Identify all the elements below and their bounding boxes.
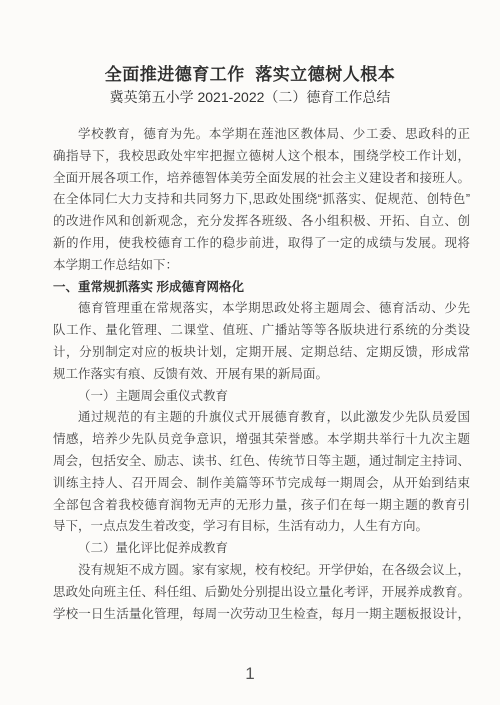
document-subtitle: 冀英第五小学 2021-2022（二）德育工作总结	[0, 87, 500, 107]
sub-heading: （二）量化评比促养成教育	[53, 538, 470, 560]
body-line: 确指导下，我校思政处牢牢把握立德树人这个根本，围绕学校工作计划，	[53, 146, 470, 168]
sub-heading: （一）主题周会重仪式教育	[53, 386, 470, 408]
body-line: 情感，培养少先队员竞争意识，增强其荣誉感。本学期共举行十九次主题	[53, 429, 470, 451]
body-line: 没有规矩不成方圆。家有家规，校有校纪。开学伊始，在各级会议上，	[53, 560, 470, 582]
body-line: 全面开展各项工作，培养德智体美劳全面发展的社会主义建设者和接班人。	[53, 168, 470, 190]
body-line: 本学期工作总结如下：	[53, 255, 470, 277]
body-line: 学校教育，德育为先。本学期在莲池区教体局、少工委、思政科的正	[53, 124, 470, 146]
body-line: 德育管理重在常规落实，本学期思政处将主题周会、德育活动、少先	[53, 298, 470, 320]
body-line: 通过规范的有主题的升旗仪式开展德育教育，以此激发少先队员爱国	[53, 407, 470, 429]
body-line: 新的作用，使我校德育工作的稳步前进，取得了一定的成绩与发展。现将	[53, 233, 470, 255]
body-line: 学校一日生活量化管理，每周一次劳动卫生检查，每月一期主题板报设计，	[53, 604, 470, 626]
body-line: 规工作落实有痕、反馈有效、开展有果的新局面。	[53, 364, 470, 386]
body-line: 队工作、量化管理、二课堂、值班、广播站等等各版块进行系统的分类设	[53, 320, 470, 342]
document-title: 全面推进德育工作 落实立德树人根本	[0, 60, 500, 85]
body-line: 思政处向班主任、科任组、后勤处分别提出设立量化考评，开展养成教育。	[53, 582, 470, 604]
document-page: 全面推进德育工作 落实立德树人根本 冀英第五小学 2021-2022（二）德育工…	[0, 0, 500, 705]
page-number: 1	[0, 664, 500, 684]
body-line: 计，分别制定对应的板块计划，定期开展、定期总结、定期反馈，形成常	[53, 342, 470, 364]
section-heading: 一、重常规抓落实 形成德育网格化	[53, 277, 470, 299]
body-line: 全部包含着我校德育润物无声的无形力量，孩子们在每一期主题的教育引	[53, 495, 470, 517]
body-line: 的改进作风和创新观念，充分发挥各班级、各小组积极、开拓、自立、创	[53, 211, 470, 233]
body-line: 周会，包括安全、励志、读书、红色、传统节日等主题，通过制定主持词、	[53, 451, 470, 473]
body-line: 导下，一点点发生着改变，学习有目标，生活有动力，人生有方向。	[53, 516, 470, 538]
document-body: 学校教育，德育为先。本学期在莲池区教体局、少工委、思政科的正 确指导下，我校思政…	[53, 124, 470, 625]
body-line: 训练主持人、召开周会、制作美篇等环节完成每一期周会，从开始到结束	[53, 473, 470, 495]
body-line: 在全体同仁大力支持和共同努力下,思政处围绕“抓落实、促规范、创特色”	[53, 189, 470, 211]
